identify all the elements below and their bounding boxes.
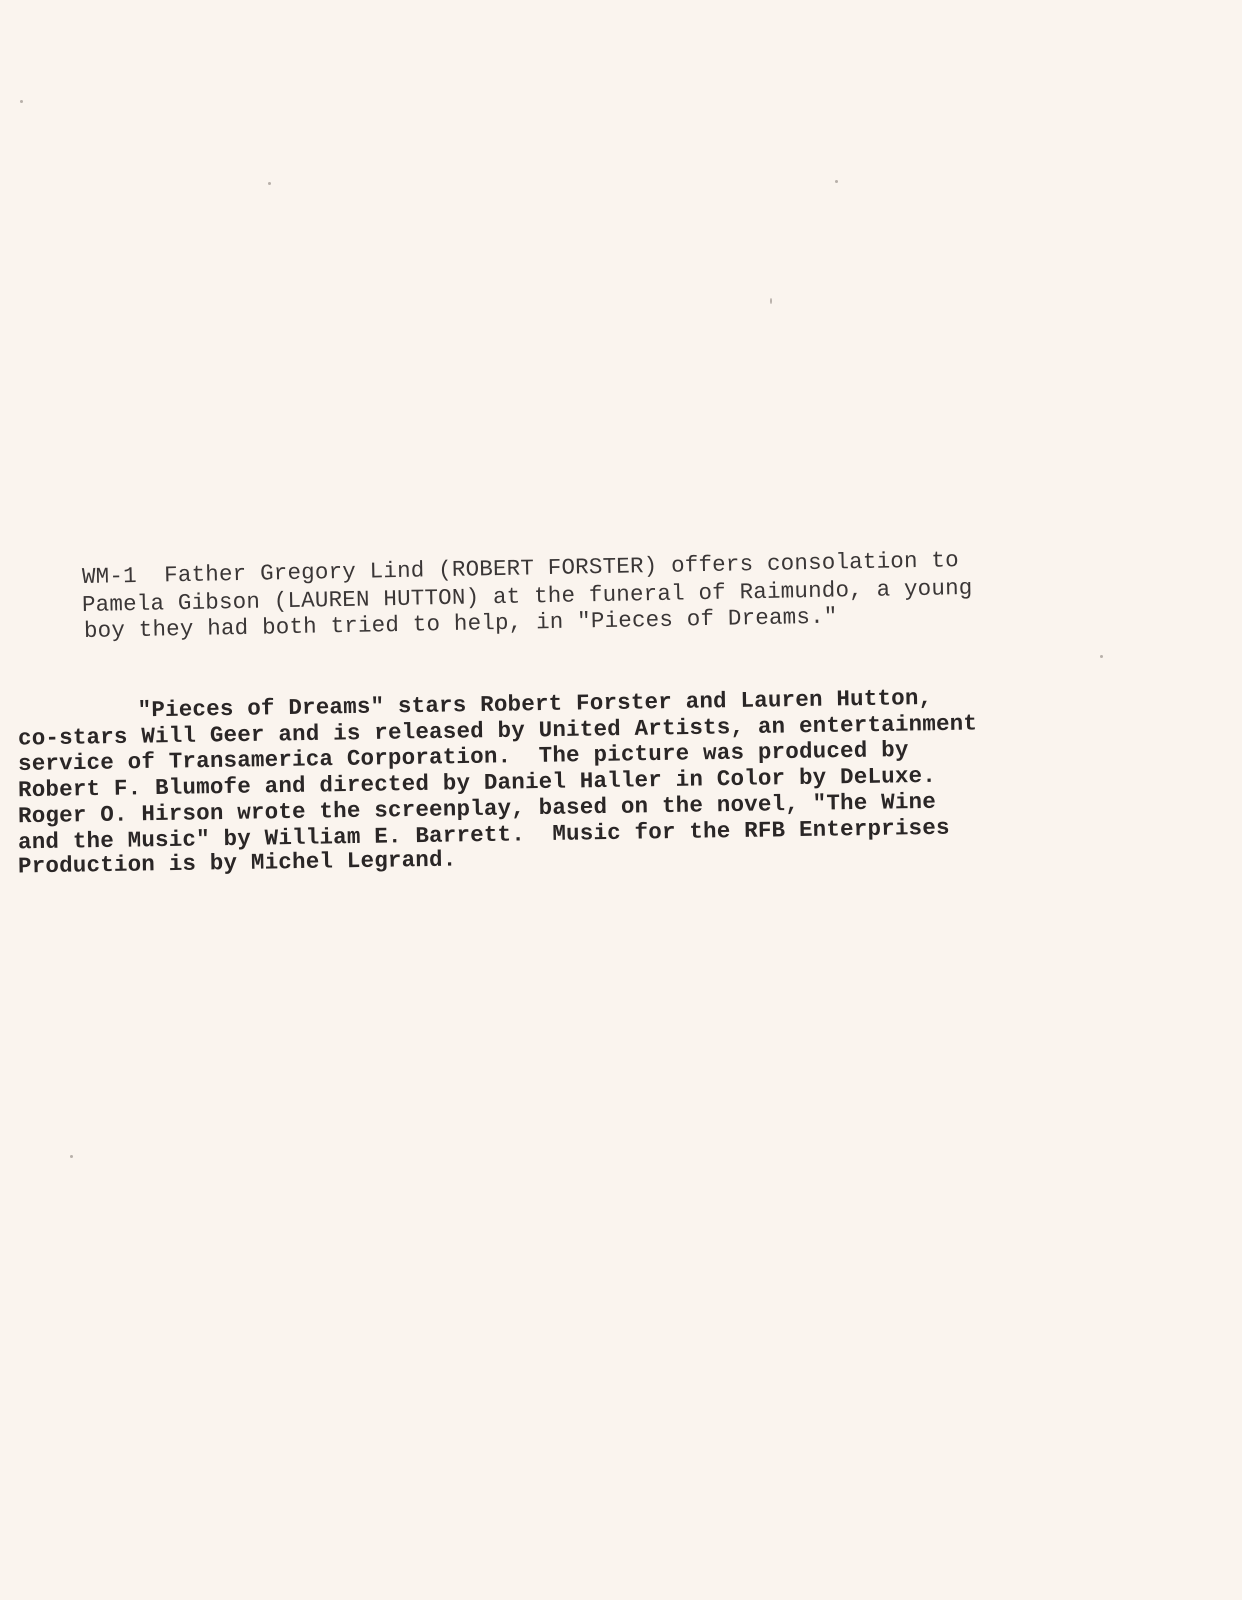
- paper-speck: [70, 1155, 73, 1158]
- paper-speck: [835, 180, 838, 183]
- credits-line: Production is by Michel Legrand.: [18, 849, 457, 878]
- paper-speck: [268, 182, 271, 185]
- paper-speck: [20, 100, 23, 103]
- paper-speck: [770, 298, 772, 304]
- paper-speck: [1100, 655, 1103, 658]
